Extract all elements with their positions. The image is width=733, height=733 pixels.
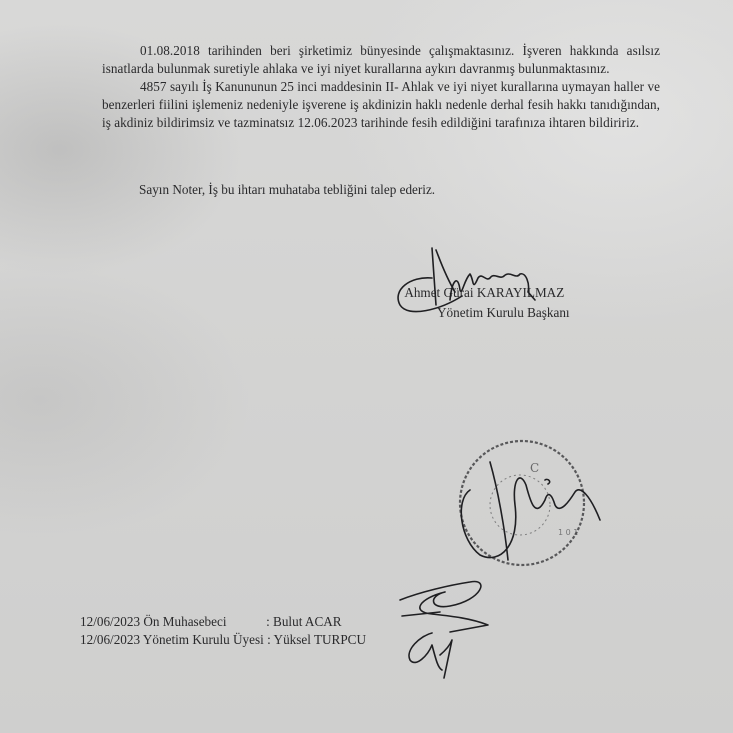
footer-separator: : [266, 614, 270, 629]
signatory-name: Ahmet Gürai KARAYILMAZ [399, 283, 570, 303]
letter-body: 01.08.2018 tarihinden beri şirketimiz bü… [102, 42, 660, 132]
footer-date: 12/06/2023 [80, 632, 140, 647]
signatory-block: Ahmet Gürai KARAYILMAZ Yönetim Kurulu Ba… [399, 283, 570, 323]
footer-separator: : [267, 632, 271, 647]
paragraph-employment: 01.08.2018 tarihinden beri şirketimiz bü… [102, 42, 660, 78]
footer-role: Ön Muhasebeci [143, 614, 226, 629]
footer-name: Yüksel TURPCU [274, 632, 366, 647]
paragraph-termination: 4857 sayılı İş Kanununun 25 inci maddesi… [102, 78, 660, 132]
footer-date: 12/06/2023 [80, 614, 140, 629]
footer-role: Yönetim Kurulu Üyesi [143, 632, 264, 647]
closing-request: Sayın Noter, İş bu ihtarı muhataba tebli… [139, 182, 435, 198]
footer-row-accountant: 12/06/2023 Ön Muhasebeci : Bulut ACAR [80, 613, 366, 631]
signatory-title: Yönetim Kurulu Başkanı [399, 303, 570, 323]
footer-name: Bulut ACAR [273, 614, 342, 629]
footer-approvals: 12/06/2023 Ön Muhasebeci : Bulut ACAR 12… [80, 613, 366, 649]
footer-row-board-member: 12/06/2023 Yönetim Kurulu Üyesi : Yüksel… [80, 631, 366, 649]
